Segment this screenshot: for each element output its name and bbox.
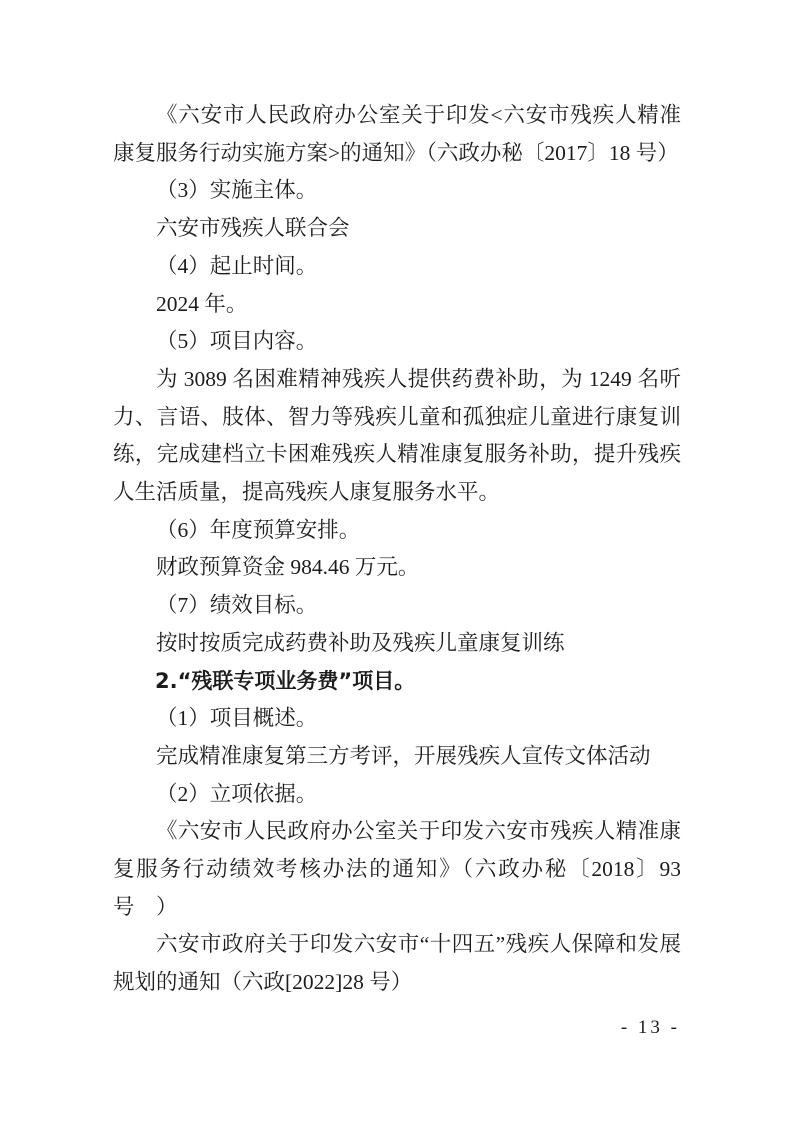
paragraph-item-5-project-content: （5）项目内容。 <box>113 323 681 361</box>
paragraph-item-4-time-period: （4）起止时间。 <box>113 248 681 286</box>
paragraph-implementing-body-value: 六安市残疾人联合会 <box>113 210 681 248</box>
heading-project-2: 2.“残联专项业务费”项目。 <box>113 663 681 701</box>
paragraph-item-2-project-basis: （2）立项依据。 <box>113 776 681 814</box>
paragraph-performance-goal-body: 按时按质完成药费补助及残疾儿童康复训练 <box>113 625 681 663</box>
document-page: 《六安市人民政府办公室关于印发<六安市残疾人精准康复服务行动实施方案>的通知》（… <box>0 0 793 1122</box>
paragraph-budget-amount: 财政预算资金 984.46 万元。 <box>113 549 681 587</box>
paragraph-time-period-value: 2024 年。 <box>113 286 681 324</box>
document-body: 《六安市人民政府办公室关于印发<六安市残疾人精准康复服务行动实施方案>的通知》（… <box>113 97 681 1002</box>
paragraph-project-content-body: 为 3089 名困难精神残疾人提供药费补助，为 1249 名听力、言语、肢体、智… <box>113 361 681 512</box>
page-number: - 13 - <box>621 1016 680 1040</box>
paragraph-item-6-annual-budget: （6）年度预算安排。 <box>113 512 681 550</box>
paragraph-item-1-project-overview: （1）项目概述。 <box>113 700 681 738</box>
paragraph-citation-2017-notice: 《六安市人民政府办公室关于印发<六安市残疾人精准康复服务行动实施方案>的通知》（… <box>113 97 681 172</box>
paragraph-project-overview-body: 完成精准康复第三方考评，开展残疾人宣传文体活动 <box>113 738 681 776</box>
paragraph-citation-2018-notice: 《六安市人民政府办公室关于印发六安市残疾人精准康复服务行动绩效考核办法的通知》（… <box>113 813 681 926</box>
paragraph-item-7-performance-goal: （7）绩效目标。 <box>113 587 681 625</box>
paragraph-item-3-implementing-body: （3）实施主体。 <box>113 172 681 210</box>
paragraph-citation-2022-notice: 六安市政府关于印发六安市“十四五”残疾人保障和发展规划的通知（六政[2022]2… <box>113 926 681 1001</box>
